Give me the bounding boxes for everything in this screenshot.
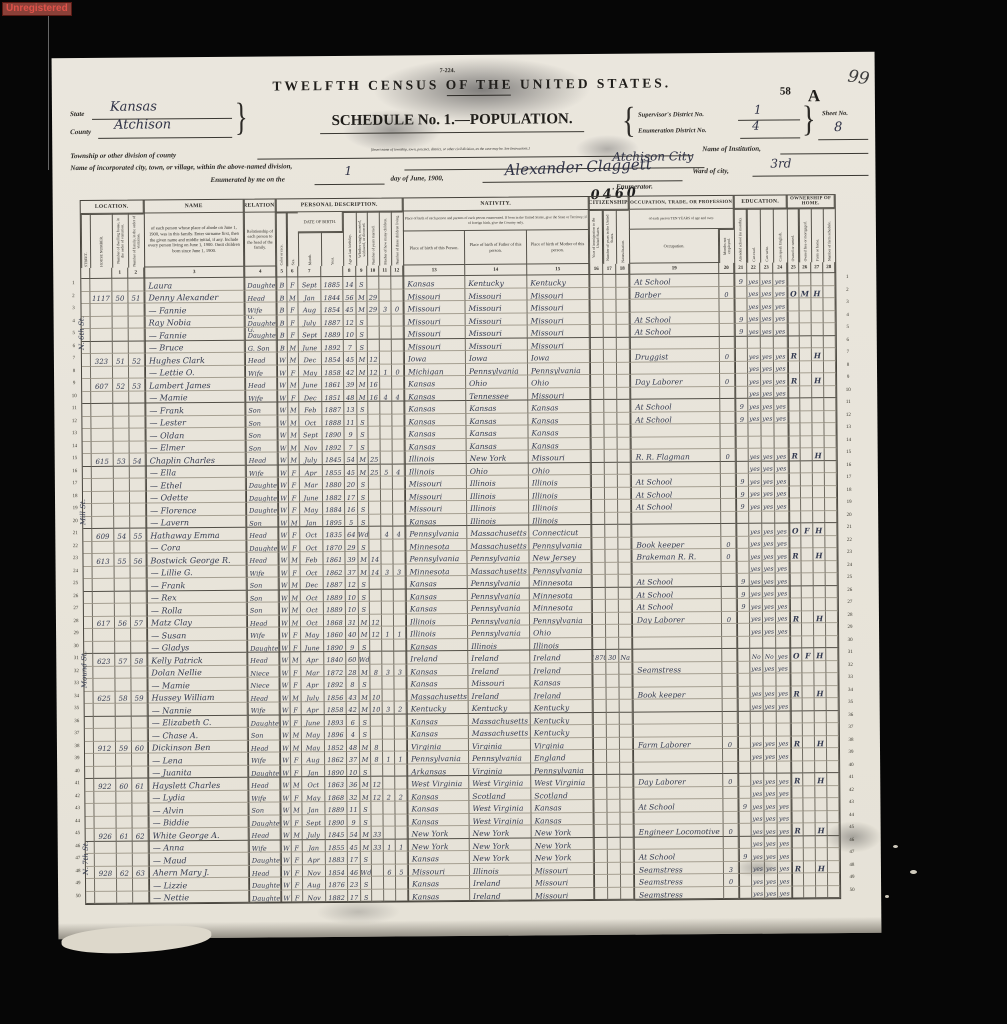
cell-year: 1882: [323, 489, 345, 502]
cell-years_married: [369, 477, 381, 490]
ward-rule: [752, 174, 868, 177]
cell-relation: Daughter: [248, 715, 280, 728]
row-number: 26: [68, 591, 84, 604]
row-number: 21: [841, 522, 857, 535]
cell-write: yes: [760, 274, 773, 287]
cell-immigration: [592, 575, 606, 588]
sheet-label: Sheet No.: [822, 110, 848, 117]
cell-years_us: [608, 850, 621, 863]
cell-age: 10: [346, 602, 359, 615]
cell-immigration: [593, 737, 607, 750]
cell-house: [95, 854, 117, 867]
cell-farm: [814, 586, 826, 599]
cell-naturalization: [618, 512, 631, 525]
row-number: 35: [69, 703, 85, 716]
cell-children_living: [395, 814, 407, 827]
cell-mother_of: 3: [382, 564, 394, 577]
cell-mortgage: M: [799, 286, 811, 299]
cell-read: yes: [752, 886, 765, 899]
cell-occupation: [633, 786, 723, 799]
cell-name: — Ethel: [146, 478, 246, 491]
cell-occupation: [632, 649, 722, 662]
cell-mother_of: [383, 802, 395, 815]
cell-owned: [791, 811, 803, 824]
cell-name: Laura: [144, 278, 244, 291]
row-number: 43: [843, 797, 859, 810]
cell-year: 1856: [325, 689, 347, 702]
cell-owned: [790, 623, 802, 636]
street-name-handwritten: N. 7th St.: [81, 803, 92, 875]
cell-english: yes: [775, 523, 789, 536]
cell-year: 1889: [324, 602, 346, 615]
cell-months_unemployed: [723, 786, 738, 799]
cell-months_unemployed: 0: [720, 349, 735, 362]
row-number: 18: [841, 484, 857, 497]
cell-birth_father: Pennsylvania: [467, 551, 529, 564]
row-numbers-right: 1234567891011121314151617181920212223242…: [839, 272, 860, 897]
column-number-children_living: 12: [391, 265, 403, 276]
cell-children_living: [396, 826, 408, 839]
column-number-occupation: 19: [629, 263, 719, 275]
cell-immigration: [592, 662, 606, 675]
cell-year: 1892: [324, 677, 346, 690]
cell-owned: [788, 336, 800, 349]
cell-month: Nov: [303, 865, 326, 878]
cell-year: 1895: [323, 514, 345, 527]
cell-name: — Fannie: [144, 303, 244, 316]
cell-relation: Daughter: [249, 815, 281, 828]
cell-farm_schedule: [826, 623, 838, 636]
cell-years_us: [608, 825, 621, 838]
cell-birth_mother: Missouri: [532, 888, 594, 901]
cell-immigration: [591, 437, 605, 450]
column-head-years_married: Number of years married.: [367, 212, 379, 266]
cell-mother_of: [379, 277, 391, 290]
cell-farm: [813, 473, 825, 486]
cell-dwelling: 54: [114, 529, 130, 542]
cell-relation: Son: [246, 515, 278, 528]
cell-house: [92, 491, 114, 504]
cell-english: yes: [775, 536, 789, 549]
cell-children_living: [393, 539, 405, 552]
column-head-name: of each person whose place of abode on J…: [144, 213, 244, 268]
cell-months_unemployed: [722, 574, 737, 587]
page-number: 58: [780, 85, 791, 97]
title-rule: [447, 95, 511, 97]
cell-farm_schedule: [827, 686, 839, 699]
cell-mortgage: [802, 636, 814, 649]
cell-years_married: 12: [371, 789, 383, 802]
cell-read: yes: [750, 586, 763, 599]
cell-birth_mother: Missouri: [528, 388, 590, 401]
cell-name: — Odette: [146, 490, 246, 503]
column-number-birth_person: 13: [403, 265, 465, 276]
cell-birth_person: Kansas: [406, 601, 468, 614]
cell-years_us: [604, 400, 617, 413]
cell-family: [130, 491, 146, 504]
cell-owned: [788, 423, 800, 436]
cell-relation: Wife: [246, 465, 278, 478]
cell-mortgage: [804, 836, 816, 849]
cell-read: [749, 511, 762, 524]
cell-naturalization: [619, 637, 632, 650]
cell-name: — Elmer: [146, 440, 246, 453]
cell-years_us: [604, 337, 617, 350]
cell-owned: [791, 786, 803, 799]
cell-family: 53: [129, 379, 145, 392]
cell-age: 54: [345, 452, 358, 465]
cell-age: 9: [348, 814, 361, 827]
cell-immigration: [590, 325, 604, 338]
cell-street: [83, 554, 92, 567]
cell-color: W: [279, 602, 290, 615]
cell-sex: F: [291, 702, 302, 715]
cell-color: W: [281, 840, 292, 853]
enumerated-day-rule: [315, 183, 385, 186]
county-value: Atchison: [114, 117, 171, 132]
cell-children_living: [394, 576, 406, 589]
cell-birth_father: Pennsylvania: [468, 613, 530, 626]
cell-children_living: 5: [396, 864, 408, 877]
cell-birth_person: Michigan: [404, 364, 466, 377]
cell-owned: [788, 311, 800, 324]
cell-english: yes: [775, 548, 789, 561]
cell-owned: [791, 723, 803, 736]
cell-dwelling: [115, 591, 131, 604]
cell-read: yes: [752, 874, 765, 887]
cell-occupation: At School: [634, 849, 724, 862]
cell-months_unemployed: [719, 299, 734, 312]
handwritten-corner-note: 99: [846, 66, 870, 89]
cell-farm: [816, 873, 828, 886]
row-number: 12: [66, 416, 82, 429]
cell-immigration: [590, 412, 604, 425]
cell-mother_of: 3: [382, 664, 394, 677]
row-number: 20: [841, 509, 857, 522]
cell-write: yes: [761, 374, 774, 387]
row-number: 40: [843, 759, 859, 772]
cell-relation: Wife: [249, 840, 281, 853]
cell-read: yes: [747, 286, 760, 299]
cell-birth_father: Ireland: [470, 875, 532, 888]
cell-english: yes: [774, 373, 788, 386]
cell-immigration: [591, 537, 605, 550]
cell-owned: [792, 873, 804, 886]
cell-birth_father: Massachusetts: [467, 538, 529, 551]
cell-age: 7: [344, 339, 357, 352]
row-number: 44: [843, 809, 859, 822]
cell-birth_person: Kansas: [404, 376, 466, 389]
cell-farm_schedule: [825, 473, 837, 486]
cell-color: W: [280, 752, 291, 765]
cell-owned: [789, 536, 801, 549]
cell-school: 9: [737, 586, 750, 599]
cell-name: Bostwick George R.: [146, 553, 246, 566]
cell-birth_mother: Minnesota: [530, 600, 592, 613]
cell-months_unemployed: [722, 599, 737, 612]
cell-farm_schedule: [825, 548, 837, 561]
cell-street: [86, 879, 95, 892]
cell-street: [84, 566, 93, 579]
cell-birth_person: Iowa: [404, 351, 466, 364]
cell-farm_schedule: [827, 811, 839, 824]
cell-mother_of: [382, 677, 394, 690]
cell-color: B: [277, 340, 288, 353]
cell-year: 1854: [326, 864, 348, 877]
column-head-school: Attended school (in months).: [734, 209, 747, 263]
cell-years_married: [367, 277, 379, 290]
cell-months_unemployed: [721, 524, 736, 537]
cell-color: W: [280, 765, 291, 778]
cell-read: [751, 724, 764, 737]
cell-sex: F: [287, 277, 298, 290]
cell-owned: [791, 748, 803, 761]
cell-immigration: [592, 587, 606, 600]
column-head-occupation_note: of each person TEN YEARS of age and over…: [629, 209, 734, 230]
cell-year: 1861: [322, 377, 344, 390]
cell-school: [737, 624, 750, 637]
cell-school: [738, 724, 751, 737]
cell-year: 1835: [323, 527, 345, 540]
cell-years_us: [607, 762, 620, 775]
cell-dwelling: 53: [114, 454, 130, 467]
cell-sex: F: [288, 390, 299, 403]
row-number: 17: [841, 472, 857, 485]
row-number: 9: [66, 378, 82, 391]
cell-marital: M: [356, 289, 367, 302]
cell-marital: M: [360, 702, 371, 715]
cell-age: 42: [347, 702, 360, 715]
cell-mortgage: [801, 536, 813, 549]
cell-street: [83, 541, 92, 554]
ward-label: Ward of city,: [692, 167, 728, 175]
cell-house: [93, 591, 115, 604]
cell-street: [84, 579, 93, 592]
cell-month: June: [299, 377, 322, 390]
cell-years_married: [368, 327, 380, 340]
cell-years_married: [372, 889, 384, 902]
cell-birth_person: Kansas: [404, 413, 466, 426]
cell-mother_of: 4: [381, 527, 393, 540]
cell-write: yes: [764, 736, 777, 749]
row-number: 29: [842, 622, 858, 635]
cell-birth_father: Pennsylvania: [468, 626, 530, 639]
cell-naturalization: [618, 475, 631, 488]
cell-immigration: [592, 675, 606, 688]
cell-marital: M: [357, 377, 368, 390]
cell-birth_mother: Illinois: [529, 500, 591, 513]
cell-naturalization: [618, 500, 631, 513]
cell-sex: M: [288, 427, 299, 440]
cell-sex: M: [291, 740, 302, 753]
cell-mortgage: [800, 311, 812, 324]
cell-years_us: [607, 775, 620, 788]
cell-immigration: [591, 500, 605, 513]
row-number: 48: [844, 859, 860, 872]
cell-english: yes: [778, 873, 792, 886]
cell-dwelling: [116, 754, 132, 767]
cell-birth_mother: Connecticut: [529, 525, 591, 538]
cell-occupation: [633, 699, 723, 712]
cell-english: yes: [775, 448, 789, 461]
cell-school: 9: [735, 324, 748, 337]
row-number: 13: [840, 422, 856, 435]
cell-marital: S: [358, 439, 369, 452]
cell-mother_of: [383, 739, 395, 752]
cell-birth_mother: West Virginia: [531, 775, 593, 788]
cell-farm_schedule: [823, 298, 835, 311]
cell-sex: F: [290, 627, 301, 640]
cell-marital: S: [357, 339, 368, 352]
cell-english: yes: [776, 661, 790, 674]
cell-read: [748, 336, 761, 349]
cell-owned: O: [789, 523, 801, 536]
cell-color: W: [279, 652, 290, 665]
cell-birth_mother: Missouri: [528, 338, 590, 351]
cell-birth_mother: Virginia: [531, 738, 593, 751]
cell-farm: H: [811, 286, 823, 299]
cell-age: 43: [347, 689, 360, 702]
cell-relation: Head: [244, 290, 276, 303]
cell-years_us: [608, 837, 621, 850]
cell-owned: [792, 886, 804, 899]
cell-birth_father: New York: [467, 451, 529, 464]
cell-month: Oct: [300, 527, 323, 540]
cell-relation: G. Daughter: [245, 327, 277, 340]
column-number-birth_mother: 15: [527, 264, 589, 275]
cell-immigration: [594, 825, 608, 838]
cell-children_living: [395, 714, 407, 727]
cell-birth_person: Missouri: [403, 301, 465, 314]
cell-house: [94, 704, 116, 717]
cell-english: yes: [777, 748, 791, 761]
cell-dwelling: [117, 891, 133, 904]
cell-relation: Son: [247, 577, 279, 590]
cell-mother_of: [382, 577, 394, 590]
cell-children_living: [395, 726, 407, 739]
cell-age: 46: [348, 864, 361, 877]
cell-year: 1893: [325, 714, 347, 727]
cell-color: W: [281, 890, 292, 903]
cell-color: W: [280, 790, 291, 803]
cell-mortgage: [803, 723, 815, 736]
cell-immigration: [590, 350, 604, 363]
cell-mortgage: [800, 336, 812, 349]
cell-relation: Daughter: [244, 277, 276, 290]
cell-years_married: 12: [371, 777, 383, 790]
cell-english: yes: [775, 461, 789, 474]
cell-color: B: [276, 302, 287, 315]
cell-dwelling: 60: [116, 779, 132, 792]
cell-owned: R: [789, 548, 801, 561]
cell-mortgage: [802, 573, 814, 586]
enumeration-district-value: 4: [752, 119, 760, 133]
cell-house: [92, 441, 114, 454]
cell-family: [132, 791, 148, 804]
cell-english: [777, 723, 791, 736]
cell-marital: M: [359, 664, 370, 677]
cell-family: [129, 329, 145, 342]
cell-naturalization: [617, 337, 630, 350]
cell-years_married: 14: [370, 564, 382, 577]
cell-years_us: [603, 287, 616, 300]
cell-family: 61: [132, 779, 148, 792]
cell-english: [775, 511, 789, 524]
cell-school: [738, 761, 751, 774]
cell-owned: R: [791, 773, 803, 786]
column-head-mortgage: Owned free or mortgaged.: [799, 208, 811, 262]
cell-house: 912: [94, 741, 116, 754]
cell-school: 9: [735, 399, 748, 412]
cell-immigration: [591, 512, 605, 525]
row-number: 12: [840, 409, 856, 422]
cell-farm: [814, 573, 826, 586]
cell-years_us: [605, 475, 618, 488]
cell-years_us: [605, 450, 618, 463]
cell-write: yes: [764, 686, 777, 699]
cell-years_married: [372, 864, 384, 877]
cell-english: yes: [777, 798, 791, 811]
cell-english: [776, 636, 790, 649]
column-head-nativity_note: Place of birth of each person and parent…: [403, 210, 589, 231]
cell-farm_schedule: [828, 848, 840, 861]
cell-school: [734, 299, 747, 312]
cell-street: [85, 716, 94, 729]
cell-farm: [815, 711, 827, 724]
cell-years_us: [605, 512, 618, 525]
cell-years_married: 12: [368, 352, 380, 365]
cell-birth_mother: Ohio: [529, 463, 591, 476]
cell-years_married: 29: [367, 302, 379, 315]
unregistered-watermark: Unregistered: [2, 2, 72, 16]
cell-birth_person: Missouri: [404, 339, 466, 352]
cell-name: Denny Alexander: [144, 290, 244, 303]
cell-sex: F: [290, 565, 301, 578]
cell-year: 1890: [322, 427, 344, 440]
cell-read: yes: [748, 411, 761, 424]
cell-months_unemployed: [722, 661, 737, 674]
cell-years_us: [603, 275, 616, 288]
cell-birth_mother: New York: [532, 825, 594, 838]
column-head-months_unemployed: Months not employed.: [719, 229, 734, 263]
cell-immigration: [594, 875, 608, 888]
cell-read: No: [750, 649, 763, 662]
cell-months_unemployed: [724, 849, 739, 862]
cell-months_unemployed: [722, 561, 737, 574]
cell-birth_father: Illinois: [467, 501, 529, 514]
cell-birth_mother: Missouri: [527, 288, 589, 301]
cell-naturalization: [621, 837, 634, 850]
cell-occupation: [632, 624, 722, 637]
cell-english: yes: [776, 586, 790, 599]
cell-write: yes: [762, 536, 775, 549]
cell-years_married: [370, 652, 382, 665]
cell-year: 1887: [322, 402, 344, 415]
cell-write: yes: [764, 699, 777, 712]
cell-write: yes: [765, 836, 778, 849]
cell-english: yes: [775, 473, 789, 486]
cell-years_married: [369, 527, 381, 540]
cell-children_living: 0: [391, 301, 403, 314]
cell-children_living: [394, 651, 406, 664]
cell-read: [750, 674, 763, 687]
cell-birth_father: Missouri: [466, 338, 528, 351]
cell-farm_schedule: [828, 886, 840, 899]
cell-marital: M: [360, 789, 371, 802]
cell-english: yes: [774, 411, 788, 424]
cell-mother_of: 1: [384, 839, 396, 852]
cell-name: Lambert James: [145, 378, 245, 391]
